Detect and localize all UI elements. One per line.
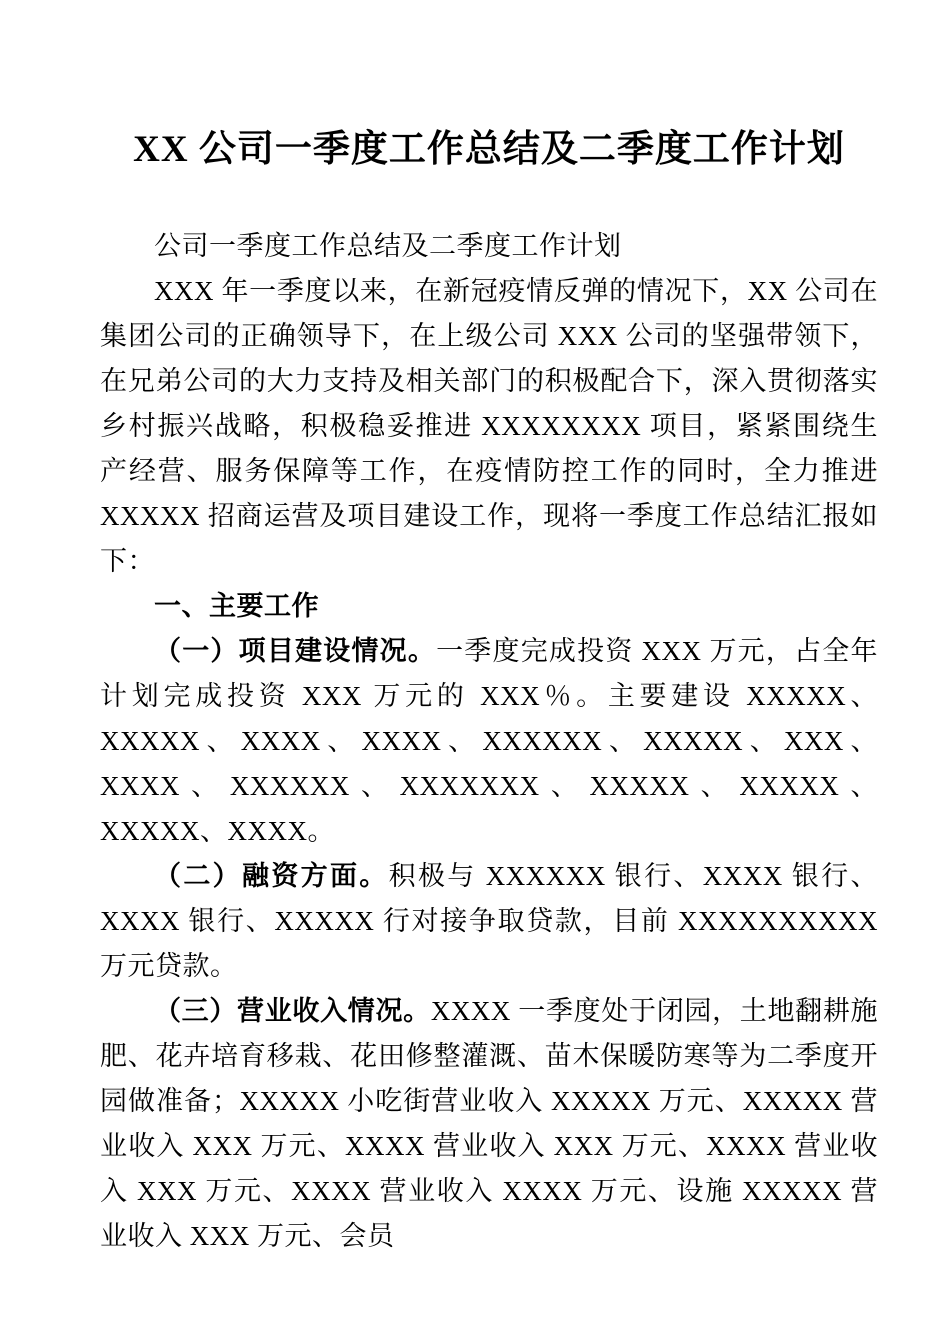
paragraph-lead-financing: （二）融资方面。	[154, 861, 389, 891]
paragraph-lead-operating-revenue: （三）营业收入情况。	[154, 996, 431, 1026]
document-page: XX 公司一季度工作总结及二季度工作计划 公司一季度工作总结及二季度工作计划 X…	[0, 0, 950, 1344]
document-title: XX 公司一季度工作总结及二季度工作计划	[100, 122, 878, 178]
section-heading-main-work: 一、主要工作	[100, 584, 878, 629]
paragraph-financing: （二）融资方面。积极与 XXXXXX 银行、XXXX 银行、XXXX 银行、XX…	[100, 854, 878, 989]
paragraph-intro: XXX 年一季度以来，在新冠疫情反弹的情况下，XX 公司在集团公司的正确领导下，…	[100, 269, 878, 584]
paragraph-project-construction: （一）项目建设情况。一季度完成投资 XXX 万元，占全年计划完成投资 XXX 万…	[100, 629, 878, 854]
paragraph-text: 一季度完成投资 XXX 万元，占全年计划完成投资 XXX 万元的 XXX％。主要…	[100, 636, 878, 846]
paragraph-operating-revenue: （三）营业收入情况。XXXX 一季度处于闭园，土地翻耕施肥、花卉培育移栽、花田修…	[100, 989, 878, 1259]
paragraph-text: XXXX 一季度处于闭园，土地翻耕施肥、花卉培育移栽、花田修整灌溉、苗木保暖防寒…	[100, 996, 878, 1251]
paragraph-lead-project-construction: （一）项目建设情况。	[154, 636, 436, 666]
paragraph-subtitle: 公司一季度工作总结及二季度工作计划	[100, 224, 878, 269]
